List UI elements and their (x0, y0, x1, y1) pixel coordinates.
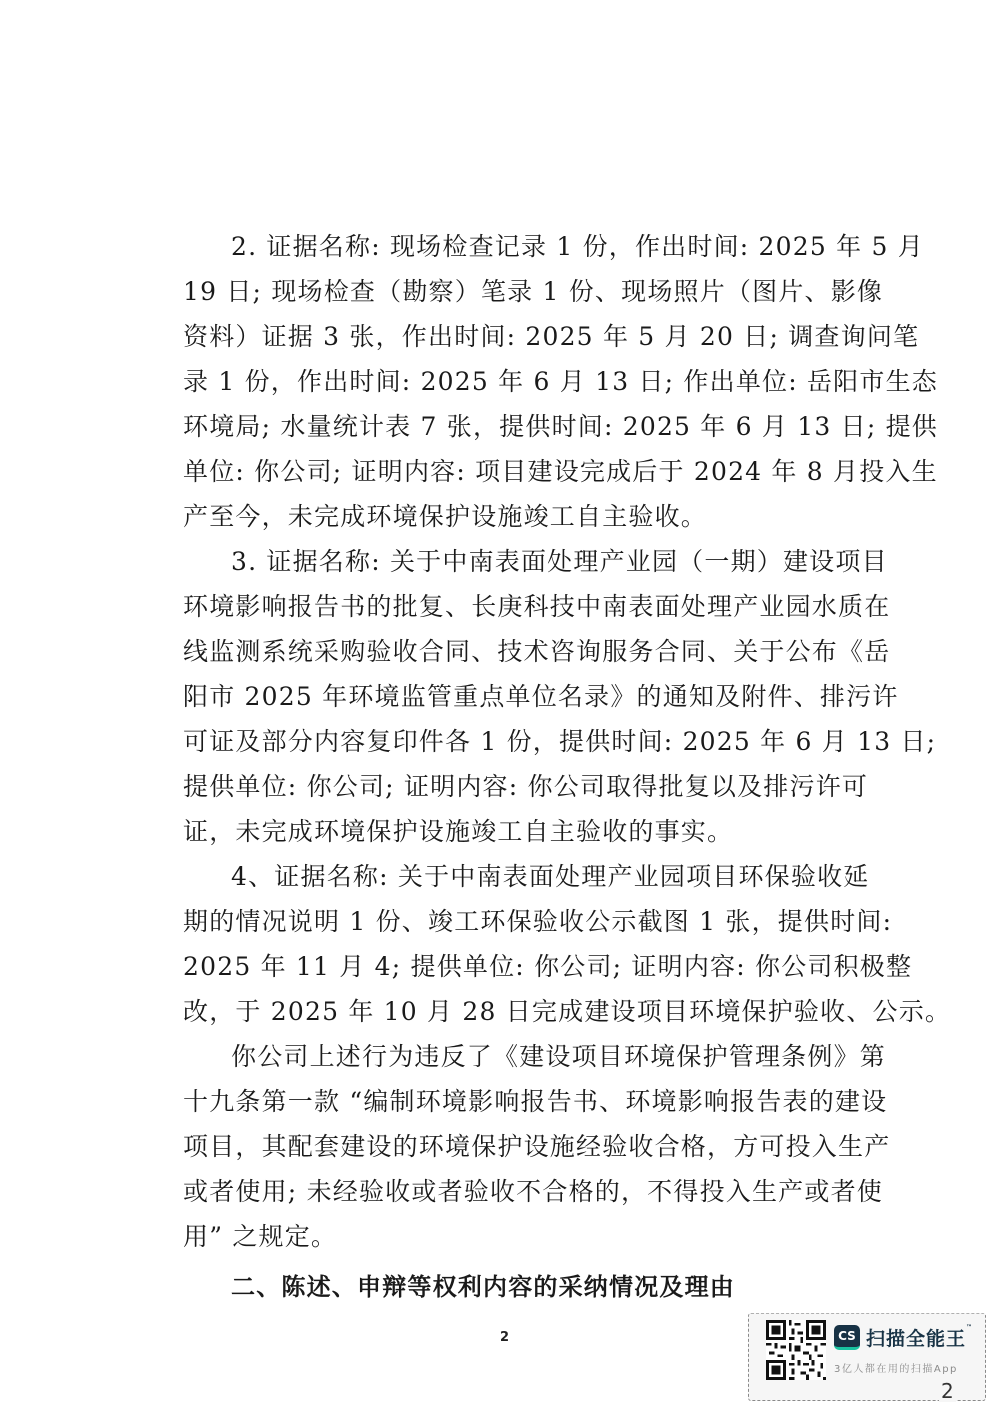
paragraph-evidence-4: 4、证据名称: 关于中南表面处理产业园项目环保验收延 期的情况说明 1 份、竣工… (183, 854, 833, 1034)
trademark-symbol: ™ (966, 1324, 973, 1331)
text-line: 可证及部分内容复印件各 1 份，提供时间: 2025 年 6 月 13 日; (183, 719, 833, 764)
paragraph-evidence-2: 2. 证据名称: 现场检查记录 1 份，作出时间: 2025 年 5 月 19 … (183, 224, 833, 539)
brand-tagline: 3亿人都在用的扫描App (834, 1360, 958, 1375)
text-line: 或者使用; 未经验收或者验收不合格的，不得投入生产或者使 (183, 1169, 833, 1214)
scanner-watermark: CS 扫描全能王™ 3亿人都在用的扫描App 2 (748, 1313, 986, 1401)
text-line: 资料）证据 3 张，作出时间: 2025 年 5 月 20 日; 调查询问笔 (183, 314, 833, 359)
paragraph-violation: 你公司上述行为违反了《建设项目环境保护管理条例》第 十九条第一款 “编制环境影响… (183, 1034, 833, 1259)
page-number: 2 (500, 1330, 509, 1345)
section-heading: 二、陈述、申辩等权利内容的采纳情况及理由 (183, 1265, 833, 1310)
text-line: 项目，其配套建设的环境保护设施经验收合格，方可投入生产 (183, 1124, 833, 1169)
text-line: 19 日; 现场检查（勘察）笔录 1 份、现场照片（图片、影像 (183, 269, 833, 314)
text-line: 你公司上述行为违反了《建设项目环境保护管理条例》第 (183, 1034, 833, 1079)
text-line: 用” 之规定。 (183, 1214, 833, 1259)
text-line: 环境局; 水量统计表 7 张，提供时间: 2025 年 6 月 13 日; 提供 (183, 404, 833, 449)
text-line: 阳市 2025 年环境监管重点单位名录》的通知及附件、排污许 (183, 674, 833, 719)
text-line: 期的情况说明 1 份、竣工环保验收公示截图 1 张，提供时间: (183, 899, 833, 944)
document-page: 2. 证据名称: 现场检查记录 1 份，作出时间: 2025 年 5 月 19 … (0, 0, 1000, 1415)
text-line: 提供单位: 你公司; 证明内容: 你公司取得批复以及排污许可 (183, 764, 833, 809)
text-line: 录 1 份，作出时间: 2025 年 6 月 13 日; 作出单位: 岳阳市生态 (183, 359, 833, 404)
brand-lockup: CS 扫描全能王™ (834, 1324, 973, 1351)
text-line: 改，于 2025 年 10 月 28 日完成建设项目环境保护验收、公示。 (183, 989, 833, 1034)
text-line: 单位: 你公司; 证明内容: 项目建设完成后于 2024 年 8 月投入生 (183, 449, 833, 494)
brand-name: 扫描全能王™ (866, 1324, 973, 1351)
text-line: 十九条第一款 “编制环境影响报告书、环境影响报告表的建设 (183, 1079, 833, 1124)
camscanner-logo-icon: CS (834, 1325, 860, 1350)
text-line: 2025 年 11 月 4; 提供单位: 你公司; 证明内容: 你公司积极整 (183, 944, 833, 989)
text-line: 3. 证据名称: 关于中南表面处理产业园（一期）建设项目 (183, 539, 833, 584)
text-line: 线监测系统采购验收合同、技术咨询服务合同、关于公布《岳 (183, 629, 833, 674)
text-line: 产至今，未完成环境保护设施竣工自主验收。 (183, 494, 833, 539)
paragraph-evidence-3: 3. 证据名称: 关于中南表面处理产业园（一期）建设项目 环境影响报告书的批复、… (183, 539, 833, 854)
document-body: 2. 证据名称: 现场检查记录 1 份，作出时间: 2025 年 5 月 19 … (183, 224, 833, 1310)
text-line: 证，未完成环境保护设施竣工自主验收的事实。 (183, 809, 833, 854)
qr-code-icon (766, 1320, 826, 1380)
brand-name-text: 扫描全能王 (866, 1328, 966, 1350)
text-line: 2. 证据名称: 现场检查记录 1 份，作出时间: 2025 年 5 月 (183, 224, 833, 269)
watermark-page-number: 2 (939, 1380, 956, 1402)
text-line: 4、证据名称: 关于中南表面处理产业园项目环保验收延 (183, 854, 833, 899)
text-line: 环境影响报告书的批复、长庚科技中南表面处理产业园水质在 (183, 584, 833, 629)
